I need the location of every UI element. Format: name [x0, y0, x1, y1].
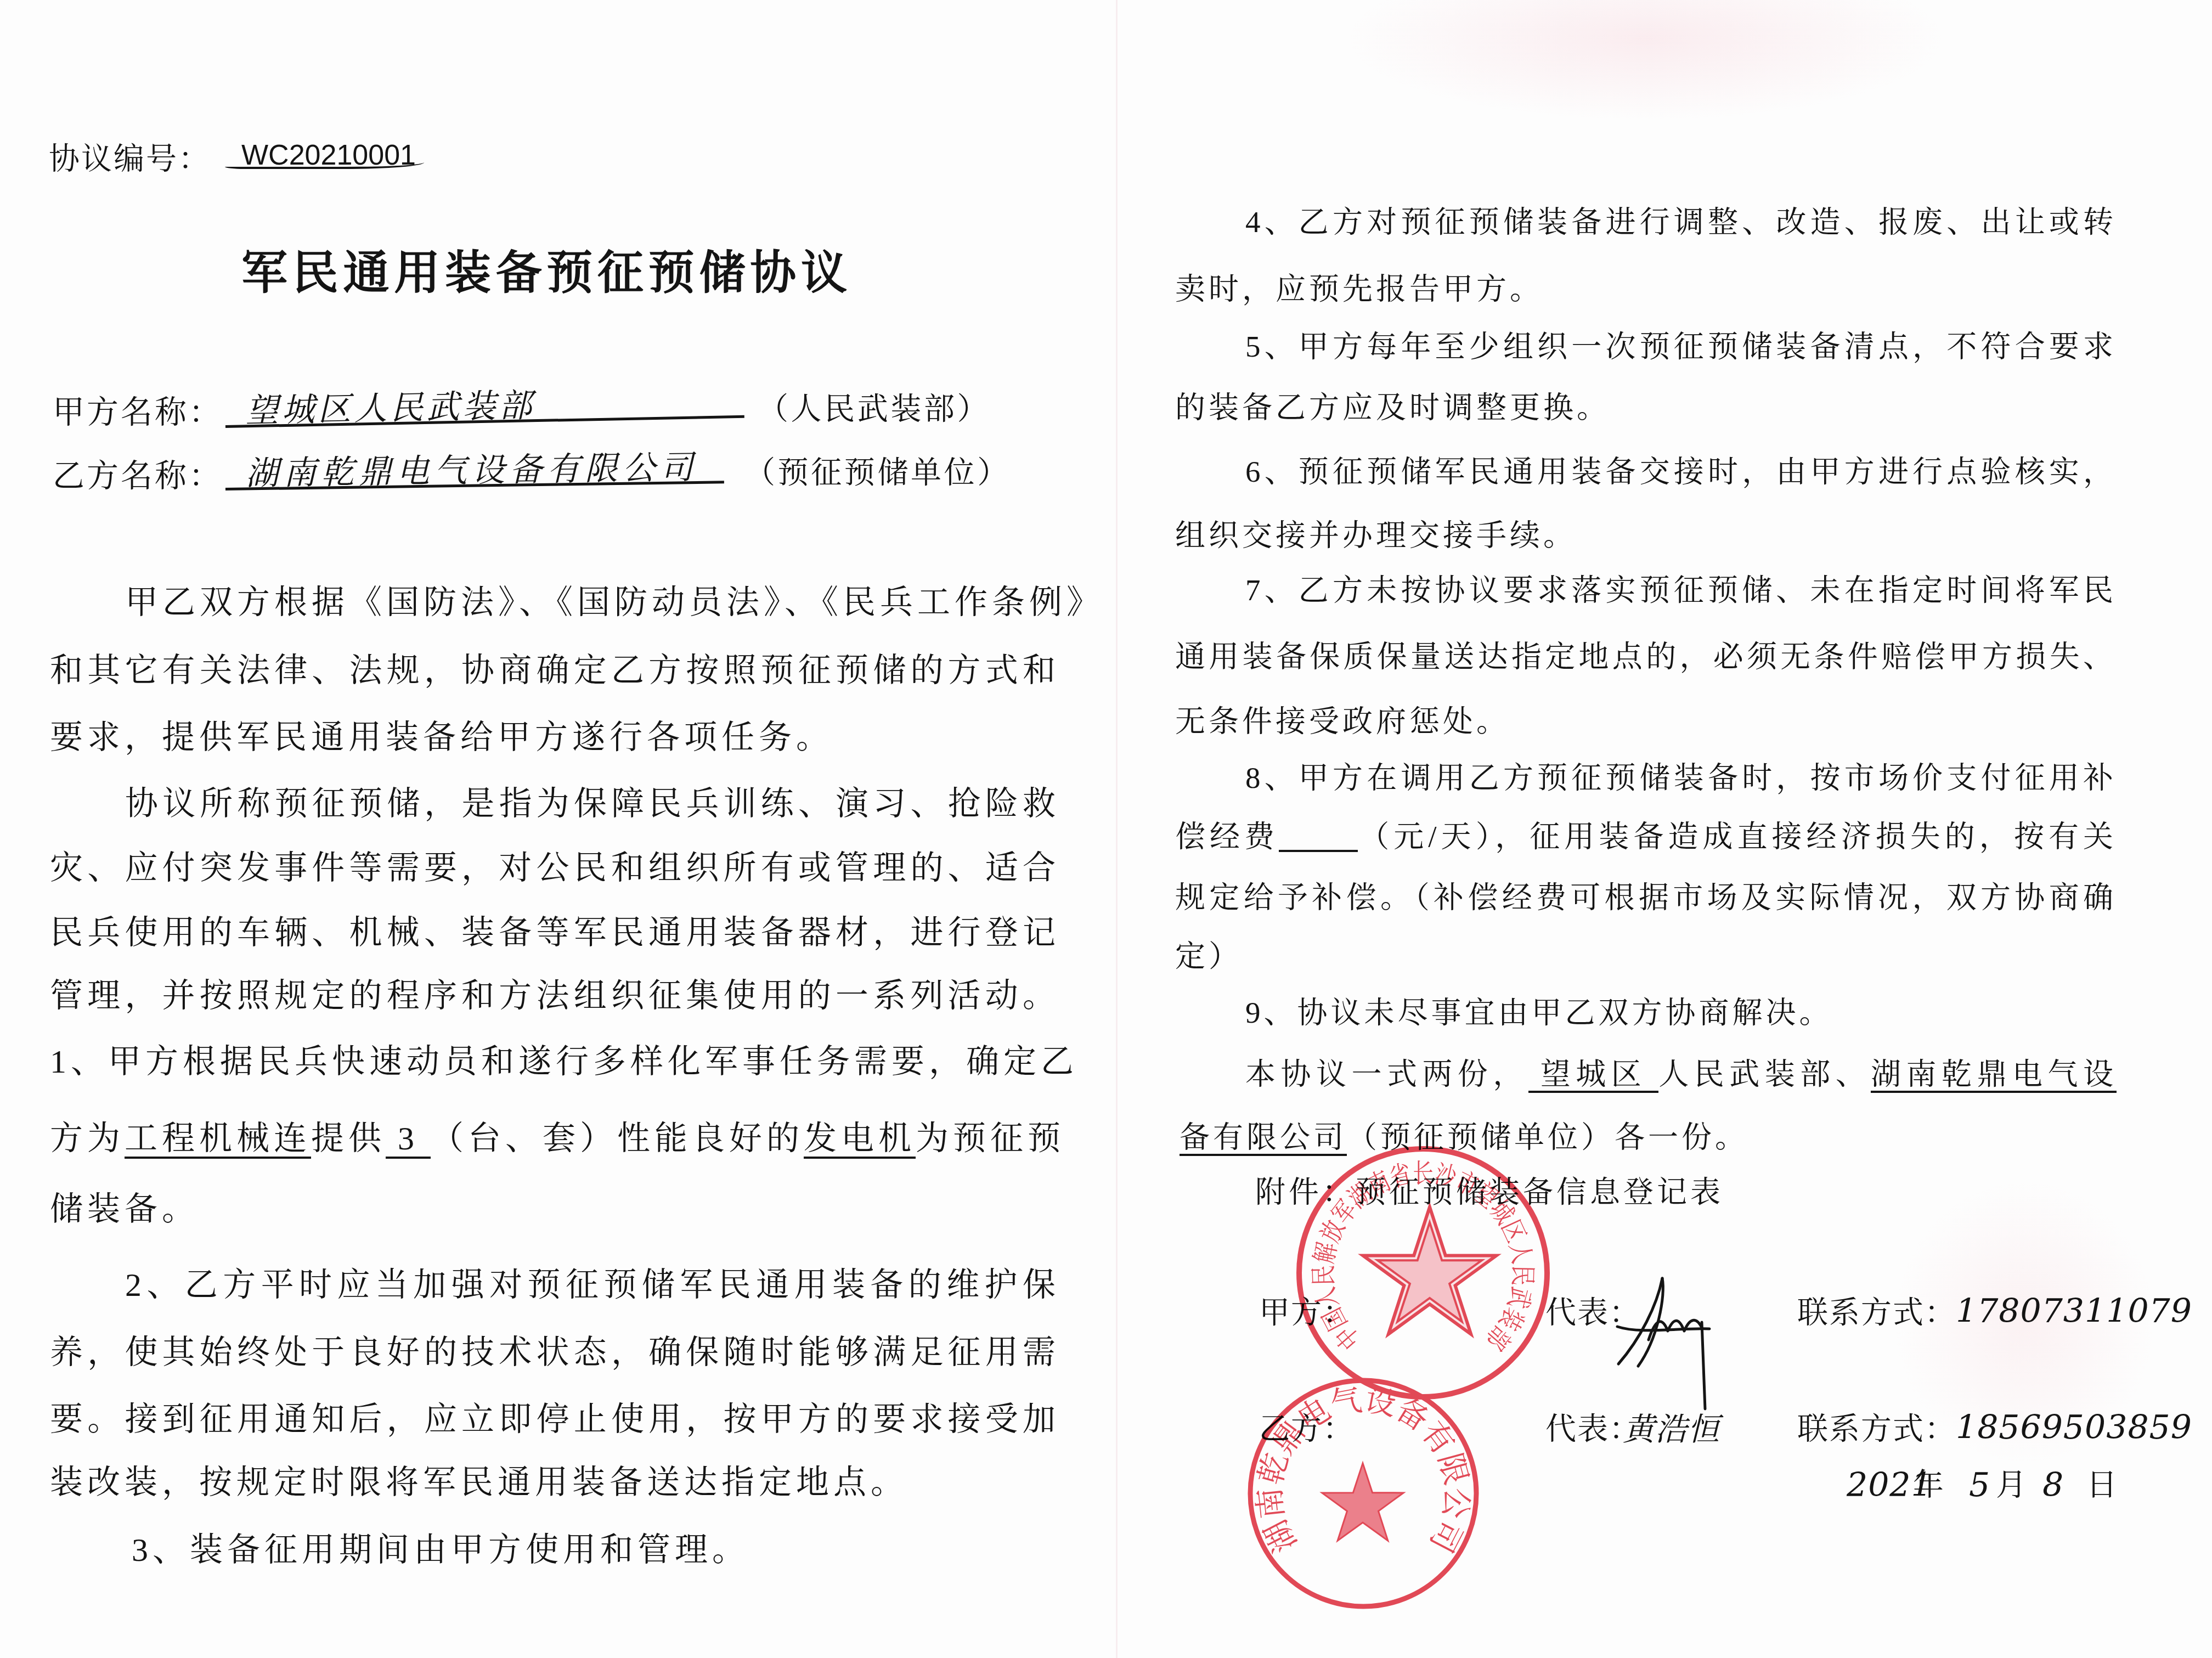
- party-a-sign-label: 甲方：: [1259, 1291, 1355, 1335]
- clause-6-line: 组织交接并办理交接手续。: [1175, 514, 1577, 557]
- party-b-role: （预征预储单位）: [744, 451, 1011, 495]
- clause-1-text: 方为: [50, 1120, 125, 1157]
- party-a-short-field: 望城区: [1528, 1057, 1658, 1093]
- clause-3-line: 3、装备征用期间由甲方使用和管理。: [132, 1528, 749, 1572]
- party-b-contact-label: 联系方式：: [1797, 1407, 1956, 1451]
- party-b-rep-signature: 黄浩恒: [1623, 1407, 1720, 1451]
- date-month: 5: [1969, 1463, 1990, 1507]
- copies-text: 人民武装部、: [1658, 1057, 1871, 1091]
- clause-4-line: 4、乙方对预征预储装备进行调整、改造、报废、出让或转: [1245, 200, 2117, 244]
- page-gutter: [1116, 0, 1118, 1658]
- copies-text: 本协议一式两份，: [1245, 1057, 1528, 1091]
- party-b-name-label: 乙方名称：: [53, 454, 223, 498]
- equipment-field: 发电机: [804, 1120, 916, 1159]
- clause-1-text: 提供: [311, 1120, 386, 1157]
- clause-1-line: 1、甲方根据民兵快速动员和遂行多样化军事任务需要，确定乙: [50, 1040, 1060, 1084]
- copies-line: 备有限公司（预征预储单位）各一份。: [1180, 1115, 1748, 1159]
- clause-8-line: 规定给予补偿。（补偿经费可根据市场及实际情况，双方协商确: [1175, 876, 2117, 920]
- clause-2-line: 2、乙方平时应当加强对预征预储军民通用装备的维护保: [125, 1263, 1060, 1307]
- copies-text: （预征预储单位）各一份。: [1347, 1120, 1748, 1154]
- scan-smudge-top: [1344, 0, 1948, 121]
- attachment-name: 预征预储装备信息登记表: [1356, 1175, 1724, 1209]
- copies-line: 本协议一式两份，望城区人民武装部、湖南乾鼎电气设: [1245, 1052, 2117, 1096]
- clause-8-text: 偿经费: [1175, 820, 1279, 853]
- attachment-label: 附件：: [1255, 1175, 1356, 1209]
- party-b-field-part2: 备有限公司: [1180, 1120, 1347, 1156]
- party-b-contact-phone: 18569503859: [1956, 1406, 2192, 1450]
- party-a-rep-label: 代表：: [1545, 1291, 1641, 1335]
- clause-7-line: 无条件接受政府惩处。: [1175, 700, 1510, 743]
- clause-2-line: 养，使其始终处于良好的技术状态，确保随时能够满足征用需: [50, 1330, 1060, 1374]
- date-day-unit: 日: [2086, 1463, 2118, 1507]
- agreement-number-value: WC20210001: [225, 139, 424, 169]
- clause-7-line: 通用装备保质保量送达指定地点的，必须无条件赔偿甲方损失、: [1175, 635, 2117, 679]
- star-inner-outline-icon: [1378, 1222, 1482, 1322]
- party-a-name-field: 望城区人民武装部: [225, 382, 744, 428]
- party-b-sign-label: 乙方：: [1259, 1407, 1355, 1451]
- clause-1-text: 为预征预: [916, 1120, 1065, 1157]
- clause-8-line: 定）: [1175, 934, 1242, 978]
- document-title: 军民通用装备预征预储协议: [241, 245, 851, 300]
- party-b-name-field: 湖南乾鼎电气设备有限公司: [225, 447, 724, 490]
- clause-5-line: 的装备乙方应及时调整更换。: [1175, 386, 1610, 430]
- clause-5-line: 5、甲方每年至少组织一次预征预储装备清点，不符合要求: [1245, 325, 2117, 369]
- clause-9-line: 9、协议未尽事宜由甲乙双方协商解决。: [1245, 991, 1833, 1035]
- clause-7-line: 7、乙方未按协议要求落实预征预储、未在指定时间将军民: [1245, 568, 2117, 612]
- definition-line: 协议所称预征预储，是指为保障民兵训练、演习、抢险救: [125, 782, 1060, 826]
- intro-line: 和其它有关法律、法规，协商确定乙方按照预征预储的方式和: [50, 648, 1060, 692]
- clause-8-line-fee: 偿经费（元/天），征用装备造成直接经济损失的，按有关: [1175, 815, 2117, 859]
- date-year-unit: 年: [1913, 1463, 1945, 1507]
- party-a-name-label: 甲方名称：: [53, 391, 223, 435]
- clause-6-line: 6、预征预储军民通用装备交接时，由甲方进行点验核实，: [1245, 450, 2117, 494]
- unit-field: 工程机械连: [125, 1120, 311, 1159]
- clause-1-line-fields: 方为工程机械连提供3（台、套）性能良好的发电机为预征预: [50, 1116, 1060, 1160]
- clause-2-line: 装改装，按规定时限将军民通用装备送达指定地点。: [50, 1460, 908, 1504]
- party-a-role: （人民武装部）: [758, 387, 990, 431]
- scanned-agreement-page: 协议编号： WC20210001 军民通用装备预征预储协议 甲方名称： 望城区人…: [0, 0, 2212, 1658]
- clause-4-line: 卖时，应预先报告甲方。: [1175, 267, 1543, 311]
- compensation-fee-blank: [1279, 828, 1358, 852]
- intro-line: 要求，提供军民通用装备给甲方遂行各项任务。: [50, 715, 833, 759]
- clause-8-line: 8、甲方在调用乙方预征预储装备时，按市场价支付征用补: [1245, 756, 2117, 800]
- attachment-line: 附件：预征预储装备信息登记表: [1255, 1170, 1724, 1214]
- clause-8-text: （元/天），征用装备造成直接经济损失的，按有关: [1358, 820, 2117, 853]
- definition-line: 管理，并按照规定的程序和方法组织征集使用的一系列活动。: [50, 974, 1060, 1018]
- party-a-contact-phone: 17807311079: [1956, 1289, 2192, 1333]
- date-day: 8: [2042, 1463, 2064, 1507]
- clause-2-line: 要。接到征用通知后，应立即停止使用，按甲方的要求接受加: [50, 1397, 1060, 1441]
- definition-line: 民兵使用的车辆、机械、装备等军民通用装备器材，进行登记: [50, 911, 1060, 955]
- definition-line: 灾、应付突发事件等需要，对公民和组织所有或管理的、适合: [50, 846, 1060, 890]
- date-month-unit: 月: [1996, 1463, 2028, 1507]
- quantity-field: 3: [386, 1120, 431, 1159]
- intro-line: 甲乙双方根据《国防法》、《国防动员法》、《民兵工作条例》: [125, 580, 1060, 624]
- agreement-number-label: 协议编号：: [49, 137, 211, 181]
- clause-1-text: （台、套）性能良好的: [431, 1120, 804, 1157]
- party-a-contact-label: 联系方式：: [1797, 1291, 1956, 1335]
- party-b-field-part1: 湖南乾鼎电气设: [1871, 1057, 2117, 1093]
- star-icon: [1322, 1463, 1403, 1541]
- star-icon: [1363, 1207, 1496, 1334]
- clause-1-line: 储装备。: [50, 1187, 199, 1231]
